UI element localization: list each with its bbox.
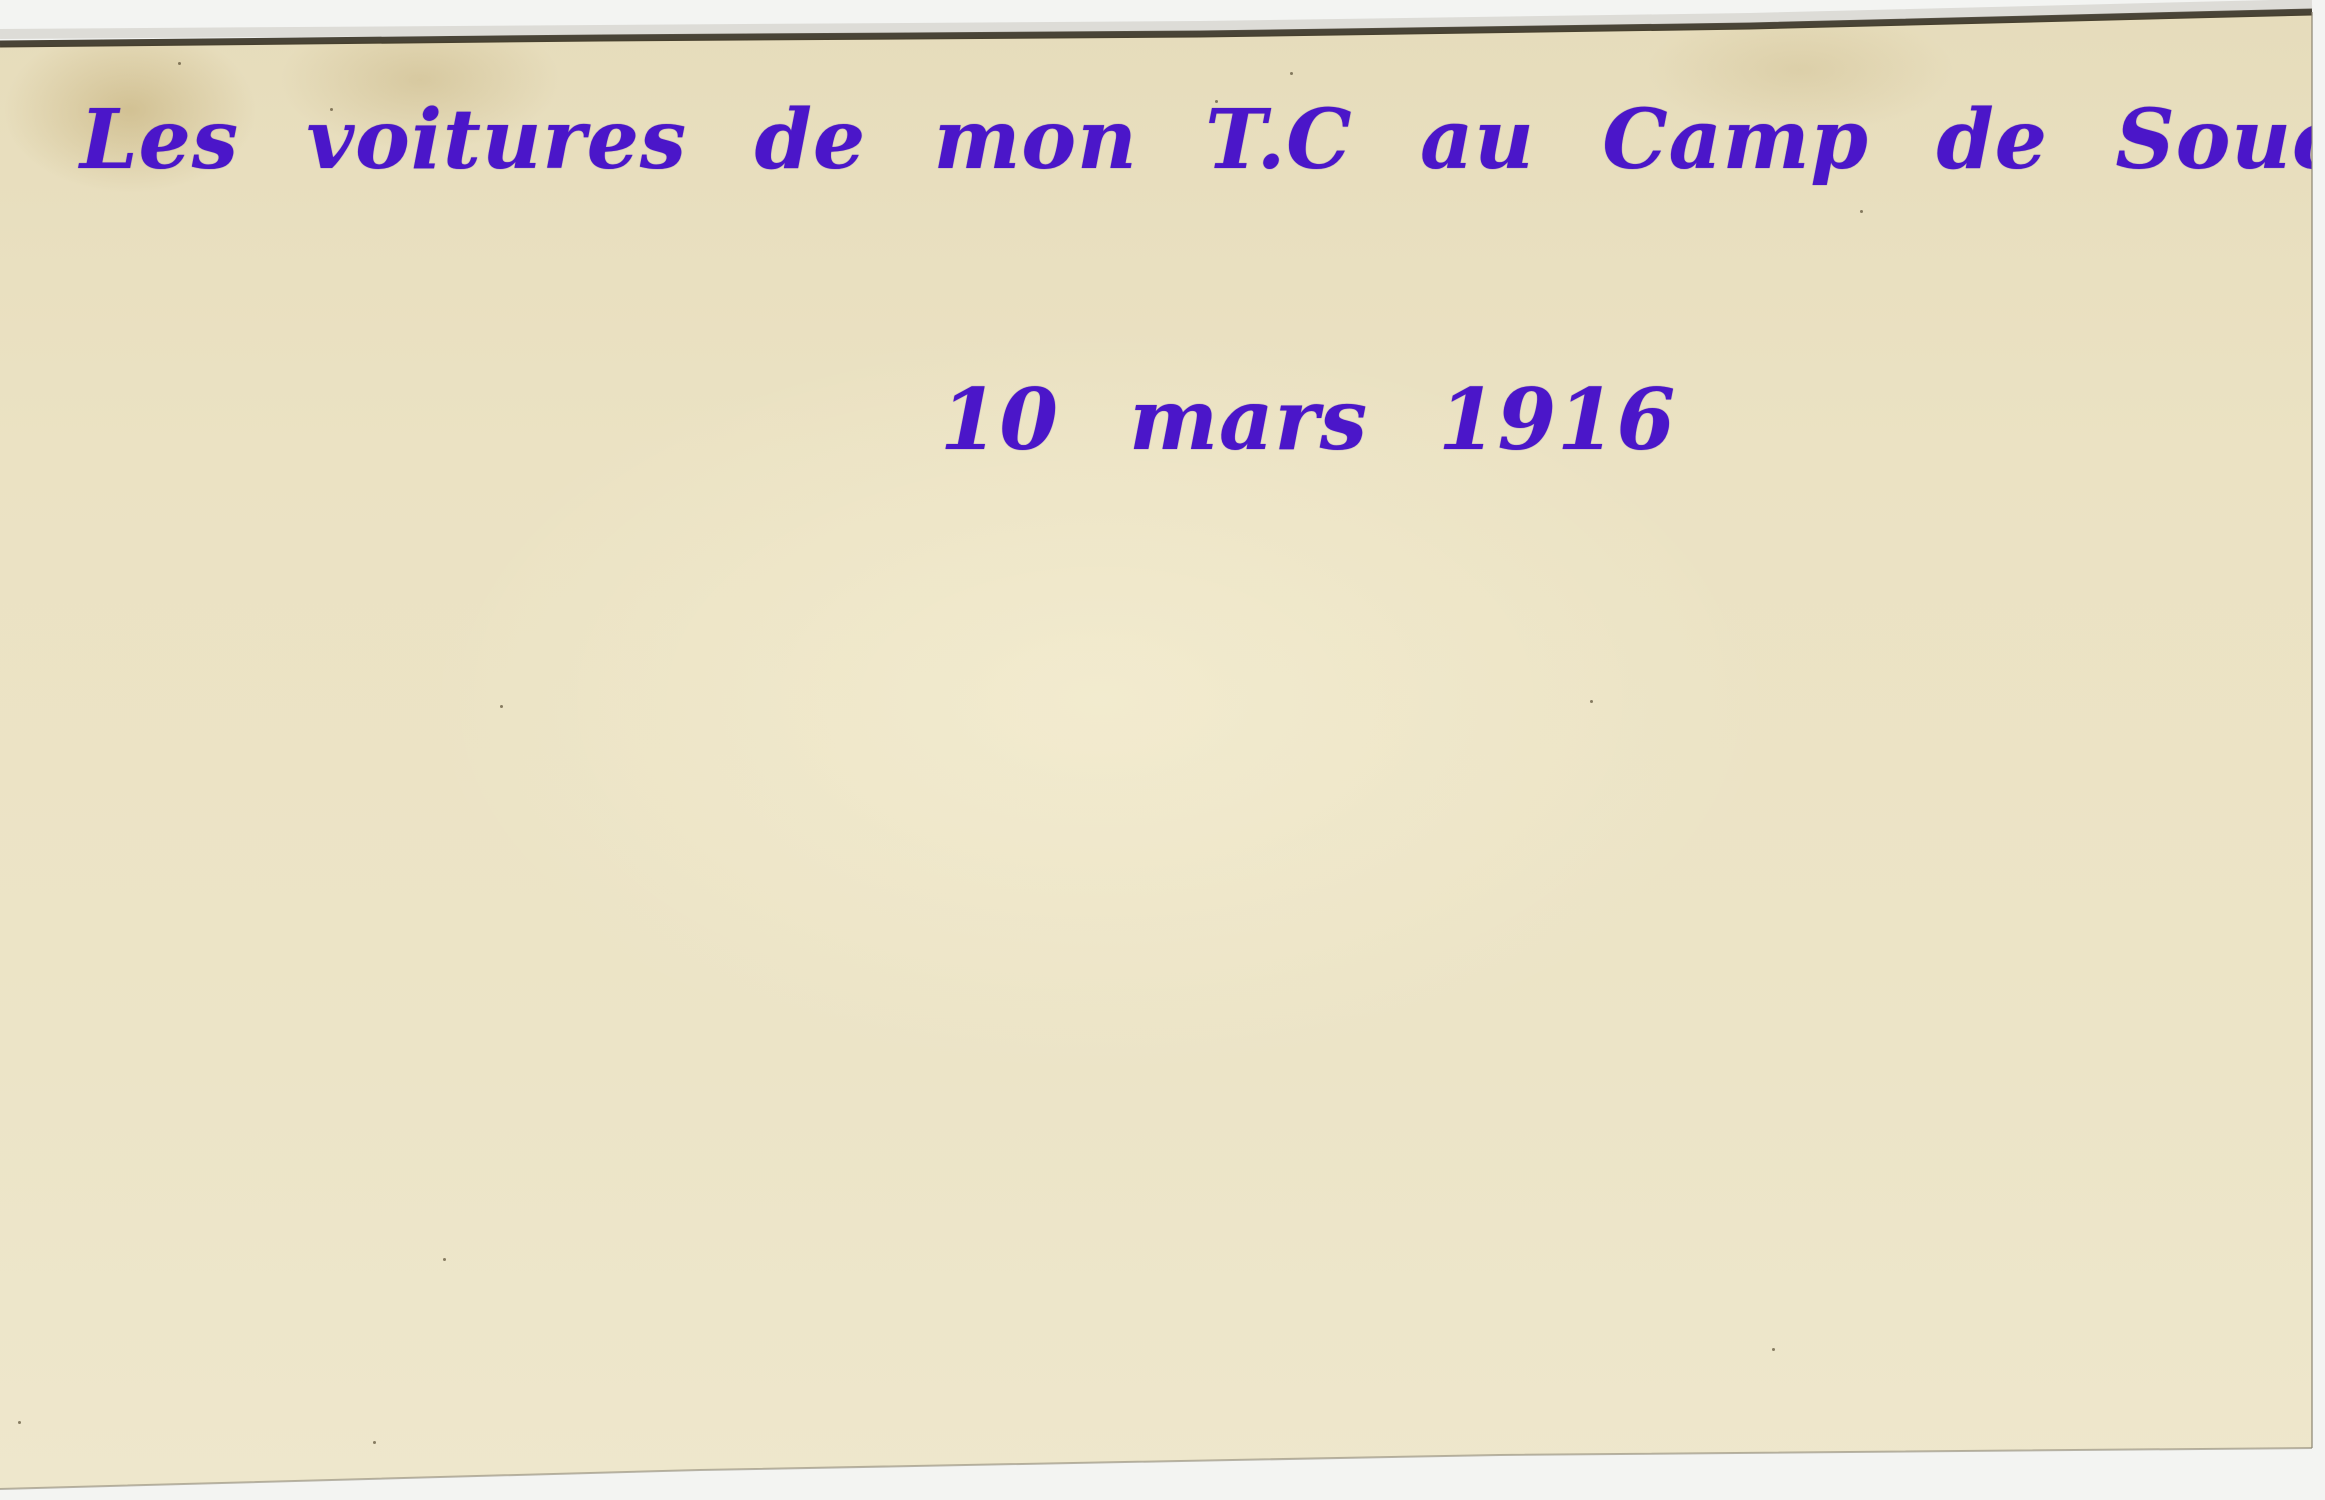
handwritten-caption: Les voitures de mon T.C au Camp de Souch… [80, 92, 2325, 188]
paper-card: Les voitures de mon T.C au Camp de Souch… [0, 0, 2325, 1500]
paper-speck [443, 1258, 446, 1261]
paper-speck [373, 1441, 376, 1444]
paper-speck [178, 62, 181, 65]
paper-speck [1590, 700, 1593, 703]
paper-speck [500, 705, 503, 708]
paper-speck [1772, 1348, 1775, 1351]
paper-speck [1290, 72, 1293, 75]
paper-speck [1860, 210, 1863, 213]
handwritten-date: 10 mars 1916 [940, 370, 1676, 469]
paper-speck [18, 1421, 21, 1424]
scanned-card-page: Les voitures de mon T.C au Camp de Souch… [0, 0, 2325, 1500]
